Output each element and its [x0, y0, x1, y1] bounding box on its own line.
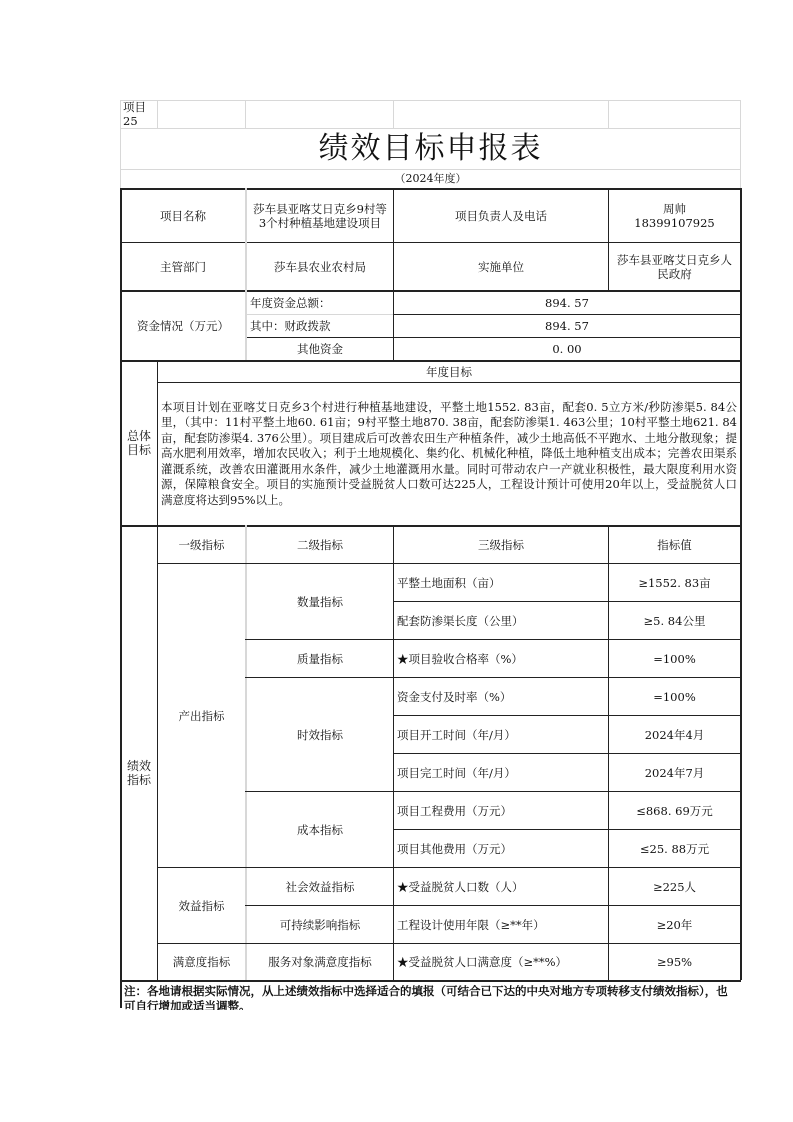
- indicator-value: ≤25. 88万元: [609, 830, 740, 867]
- level2-cost: 成本指标: [247, 792, 393, 867]
- level2-timeliness: 时效指标: [247, 678, 393, 791]
- indicator-value: ≥20年: [609, 906, 740, 943]
- indicators-label: 绩效 指标: [121, 526, 157, 980]
- funds-label: 资金情况（万元）: [121, 291, 245, 360]
- level3-item: 项目工程费用（万元）: [394, 792, 608, 829]
- indicator-value: =100%: [609, 678, 740, 715]
- indicator-value: 2024年4月: [609, 716, 740, 753]
- level2-quality: 质量指标: [247, 640, 393, 677]
- year-label: （2024年度）: [120, 170, 741, 188]
- level3-item: 项目开工时间（年/月）: [394, 716, 608, 753]
- header-level1: 一级指标: [158, 526, 245, 563]
- header-level3: 三级指标: [394, 526, 608, 563]
- level3-item: ★项目验收合格率（%）: [394, 640, 608, 677]
- impl-value: 莎车县亚喀艾日克乡人民政府: [609, 243, 740, 290]
- level2-quantity: 数量指标: [247, 564, 393, 639]
- level3-item: 配套防渗渠长度（公里）: [394, 602, 608, 639]
- indicator-value: ≥1552. 83亩: [609, 564, 740, 601]
- level3-item: 项目完工时间（年/月）: [394, 754, 608, 791]
- level3-item: ★受益脱贫人口数（人）: [394, 868, 608, 905]
- indicator-value: ≥95%: [609, 944, 740, 980]
- level1-benefit: 效益指标: [158, 868, 245, 943]
- level3-item: 项目其他费用（万元）: [394, 830, 608, 867]
- level3-item: 平整土地面积（亩）: [394, 564, 608, 601]
- level1-output: 产出指标: [158, 564, 245, 867]
- indicator-value: ≥5. 84公里: [609, 602, 740, 639]
- funds-total-label: 年度资金总额：: [247, 291, 393, 314]
- indicator-value: ≥225人: [609, 868, 740, 905]
- overall-goal-label-line2: 目标: [127, 443, 151, 457]
- overall-goal-label-line1: 总体: [127, 429, 151, 443]
- indicators-label-line2: 指标: [127, 773, 151, 787]
- performance-target-form: 项目25 绩效目标申报表 （2024年度） 项目名称 莎车县亚喀艾日克乡9村等3…: [0, 0, 793, 1122]
- level3-item: ★受益脱贫人口满意度（≥**%）: [394, 944, 608, 980]
- annual-goal-text: 本项目计划在亚喀艾日克乡3个村进行种植基地建设，平整土地1552. 83亩，配套…: [158, 383, 740, 525]
- grid-line: [608, 100, 609, 128]
- leader-value: 周帅 18399107925: [609, 189, 740, 242]
- leader-phone: 18399107925: [634, 216, 714, 230]
- level3-item: 工程设计使用年限（≥**年）: [394, 906, 608, 943]
- funds-total-value: 894. 57: [394, 291, 740, 314]
- leader-label: 项目负责人及电话: [394, 189, 608, 242]
- grid-line: [245, 100, 246, 128]
- level2-service-satisfaction: 服务对象满意度指标: [247, 944, 393, 980]
- overall-goal-label: 总体 目标: [121, 361, 157, 525]
- header-value: 指标值: [609, 526, 740, 563]
- level3-item: 资金支付及时率（%）: [394, 678, 608, 715]
- funds-other-value: 0. 00: [394, 338, 740, 360]
- indicators-label-line1: 绩效: [127, 759, 151, 773]
- level2-sustainability: 可持续影响指标: [247, 906, 393, 943]
- level1-satisfaction: 满意度指标: [158, 944, 245, 980]
- funds-other-label: 其他资金: [247, 338, 393, 360]
- indicator-value: =100%: [609, 640, 740, 677]
- dept-label: 主管部门: [121, 243, 245, 290]
- project-name-value: 莎车县亚喀艾日克乡9村等3个村种植基地建设项目: [247, 189, 393, 242]
- footnote: 注：各地请根据实际情况，从上述绩效指标中选择适合的填报（可结合已下达的中央对地方…: [121, 982, 741, 1010]
- page-title: 绩效目标申报表: [120, 128, 741, 169]
- annual-goal-header: 年度目标: [158, 361, 740, 382]
- funds-fiscal-value: 894. 57: [394, 315, 740, 337]
- project-number: 项目25: [120, 100, 160, 128]
- project-name-label: 项目名称: [121, 189, 245, 242]
- level2-social-benefit: 社会效益指标: [247, 868, 393, 905]
- grid-line: [120, 100, 741, 101]
- table-border: [740, 188, 742, 980]
- leader-name: 周帅: [663, 202, 686, 216]
- indicator-value: ≤868. 69万元: [609, 792, 740, 829]
- grid-line: [393, 100, 394, 128]
- header-level2: 二级指标: [247, 526, 393, 563]
- impl-label: 实施单位: [394, 243, 608, 290]
- funds-fiscal-label: 其中：财政拨款: [247, 315, 393, 337]
- indicator-value: 2024年7月: [609, 754, 740, 791]
- dept-value: 莎车县农业农村局: [247, 243, 393, 290]
